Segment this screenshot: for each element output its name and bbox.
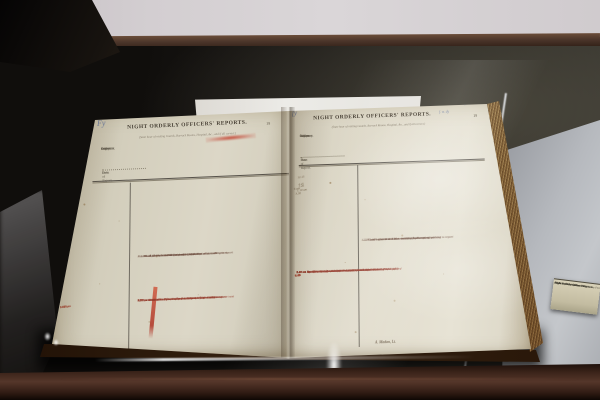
red-ink-block: 11.55 pm Pte. Jones confined to the Guar…	[137, 292, 290, 299]
field-label: Regiment.	[101, 146, 115, 151]
handwritten-ink-block: Rounds at 12.40 — visited the ramparts, …	[137, 247, 290, 253]
field-label: Regiment.	[300, 134, 314, 138]
foxing-spots	[83, 203, 85, 205]
red-margin-note: 6.15	[295, 272, 301, 280]
label-line: (Night Report of Stanley Fort)	[554, 281, 586, 288]
year-label: 19	[266, 121, 270, 126]
book-fold-gutter	[281, 107, 295, 359]
margin-rule	[128, 183, 131, 349]
red-margin-note: 5.30	[60, 304, 66, 312]
foxing-spots	[329, 182, 331, 184]
red-ink-block: 4.45 am Sgt. of the Guard reports prison…	[296, 261, 522, 269]
handwritten-line: No. 4 post relieved at 4 o'clock — all c…	[137, 251, 202, 260]
margin-times: 12.151.10 am2.403.304.456 am	[297, 169, 351, 176]
page-title: NIGHT ORDERLY OFFICERS' REPORTS.	[309, 111, 435, 121]
year-label: 19	[473, 113, 477, 118]
officer-signature: A. Madan, Lt.	[375, 340, 396, 345]
red-margin-times: 11.55 pm12.451.50 am5.30	[60, 299, 106, 304]
red-ink-line: 6.45 am report closed and handed to the …	[296, 267, 372, 277]
margin-note: 12.15	[297, 175, 304, 180]
glass-glare-dot	[53, 339, 59, 346]
handwritten-ink-block: 12.15 am — guards and sentries visited, …	[361, 232, 491, 237]
glass-glare-dot	[44, 332, 51, 341]
page-subtitle: (State hour of visiting Guards, Barrack …	[303, 121, 453, 130]
section-rule	[299, 159, 485, 166]
blue-pencil-monogram: Fy	[97, 119, 106, 128]
red-ink-line: 5.30 am handed over the keys to the Day …	[137, 295, 222, 304]
margin-rule	[357, 165, 360, 347]
museum-display-photo: Fy NIGHT ORDERLY OFFICERS' REPORTS. 19 (…	[0, 0, 600, 400]
blue-pencil-note: f. w. dy	[439, 110, 449, 114]
section-rule	[92, 173, 290, 182]
red-pencil-stroke	[148, 287, 157, 339]
margin-note: 3.30	[295, 191, 301, 196]
wood-rail-highlight	[60, 378, 580, 380]
exhibit-label: Night Orderly Officers' ReportsRecords o…	[550, 278, 600, 314]
handwritten-line: all correct at 3.30 — nothing further to…	[361, 234, 434, 243]
